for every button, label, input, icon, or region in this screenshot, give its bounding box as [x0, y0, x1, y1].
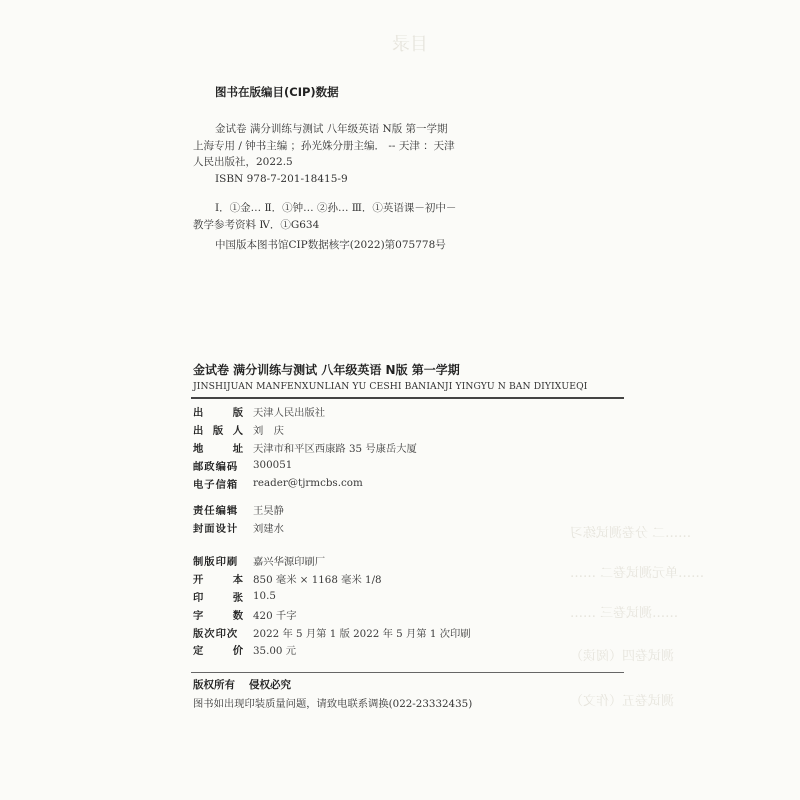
info-value: 850 毫米 × 1168 毫米 1/8	[253, 571, 382, 586]
copyright-page: 目录 ……二 分卷测试练习 ……单元测试卷二 …… ……测试卷三 …… 测试卷四…	[0, 0, 800, 800]
info-row: 定价35.00 元	[193, 641, 471, 659]
divider-rule	[191, 672, 624, 673]
info-label-part: 责任编辑	[193, 502, 238, 517]
cip-data-block: 金试卷 满分训练与测试 八年级英语 N版 第一学期 上海专用 / 钟书主编 ；孙…	[193, 121, 458, 233]
info-label: 电子信箱	[193, 476, 253, 491]
info-value: 10.5	[253, 590, 276, 602]
info-value: 刘 庆	[253, 422, 284, 437]
bleed-through-text: 测试卷五（作文）	[570, 690, 674, 709]
info-row: 版次印次2022 年 5 月第 1 版 2022 年 5 月第 1 次印刷	[193, 623, 471, 641]
cip-isbn: ISBN 978-7-201-18415-9	[193, 171, 458, 188]
cip-title-paragraph: 金试卷 满分训练与测试 八年级英语 N版 第一学期 上海专用 / 钟书主编 ；孙…	[193, 121, 458, 171]
info-label: 印张	[193, 589, 253, 604]
info-label-part: 开	[193, 571, 203, 586]
info-value: 王昊静	[253, 502, 284, 517]
bleed-through-text: ……单元测试卷二 ……	[570, 562, 704, 581]
quality-notice: 图书如出现印装质量问题，请致电联系调换(022-23332435)	[193, 695, 472, 710]
info-label: 制版印刷	[193, 553, 253, 568]
info-label-part: 版	[233, 404, 243, 419]
info-label-part: 本	[233, 571, 243, 586]
info-label-part: 出	[193, 422, 203, 437]
info-label-part: 电子信箱	[193, 476, 238, 491]
info-value: 嘉兴华源印刷厂	[253, 553, 325, 568]
rights-reserved-text: 版权所有	[193, 679, 235, 691]
info-label-part: 版次印次	[193, 625, 238, 640]
info-label-part: 址	[233, 440, 243, 455]
piracy-warning-text: 侵权必究	[249, 679, 291, 691]
info-label: 定价	[193, 642, 253, 657]
editor-info-list: 责任编辑王昊静封面设计刘建水	[193, 501, 284, 537]
info-label: 出版	[193, 404, 253, 419]
info-label: 字数	[193, 607, 253, 622]
book-title-chinese: 金试卷 满分训练与测试 八年级英语 N版 第一学期	[193, 361, 460, 378]
info-value: 天津市和平区西康路 35 号康岳大厦	[253, 440, 417, 455]
info-row: 邮政编码300051	[193, 456, 417, 474]
bleed-through-text: 测试卷四（阅读）	[570, 645, 674, 664]
rights-statement: 版权所有侵权必究	[193, 677, 291, 692]
publisher-info-list: 出版天津人民出版社出版人刘 庆地址天津市和平区西康路 35 号康岳大厦邮政编码3…	[193, 403, 417, 492]
info-label-part: 字	[193, 607, 203, 622]
info-label: 邮政编码	[193, 458, 253, 473]
info-value: 天津人民出版社	[253, 404, 325, 419]
info-row: 出版人刘 庆	[193, 421, 417, 439]
info-label-part: 人	[233, 422, 243, 437]
info-label-part: 印	[193, 589, 203, 604]
info-value: reader@tjrmcbs.com	[253, 477, 363, 489]
info-row: 制版印刷嘉兴华源印刷厂	[193, 552, 471, 570]
bleed-through-text: 目录	[392, 30, 428, 56]
cip-heading: 图书在版编目(CIP)数据	[215, 84, 339, 100]
info-row: 地址天津市和平区西康路 35 号康岳大厦	[193, 439, 417, 457]
info-row: 电子信箱reader@tjrmcbs.com	[193, 474, 417, 492]
info-row: 责任编辑王昊静	[193, 501, 284, 519]
cip-classification: Ⅰ．①金… Ⅱ．①钟… ②孙… Ⅲ．①英语课－初中－教学参考资料 Ⅳ．①G634	[193, 200, 458, 233]
info-value: 300051	[253, 459, 292, 471]
info-row: 开本850 毫米 × 1168 毫米 1/8	[193, 570, 471, 588]
info-label-part: 版	[213, 422, 223, 437]
info-label: 责任编辑	[193, 502, 253, 517]
info-label: 出版人	[193, 422, 253, 437]
info-label: 地址	[193, 440, 253, 455]
book-title-pinyin: JINSHIJUAN MANFENXUNLIAN YU CESHI BANIAN…	[193, 381, 587, 392]
info-label: 封面设计	[193, 520, 253, 535]
cip-number: 中国版本图书馆CIP数据核字(2022)第075778号	[215, 237, 446, 252]
info-value: 刘建水	[253, 520, 284, 535]
bleed-through-text: ……测试卷三 ……	[570, 602, 678, 621]
bleed-through-text: ……二 分卷测试练习	[570, 522, 691, 541]
info-value: 35.00 元	[253, 642, 296, 657]
info-label-part: 封面设计	[193, 520, 238, 535]
info-label-part: 价	[233, 642, 243, 657]
info-label-part: 制版印刷	[193, 553, 238, 568]
divider-rule	[191, 397, 624, 399]
info-label: 开本	[193, 571, 253, 586]
info-label: 版次印次	[193, 625, 253, 640]
info-label-part: 定	[193, 642, 203, 657]
info-label-part: 出	[193, 404, 203, 419]
info-row: 字数420 千字	[193, 605, 471, 623]
info-label-part: 邮政编码	[193, 458, 238, 473]
info-row: 封面设计刘建水	[193, 519, 284, 537]
info-label-part: 张	[233, 589, 243, 604]
info-label-part: 数	[233, 607, 243, 622]
info-row: 印张10.5	[193, 588, 471, 606]
print-info-list: 制版印刷嘉兴华源印刷厂开本850 毫米 × 1168 毫米 1/8印张10.5字…	[193, 552, 471, 659]
info-value: 2022 年 5 月第 1 版 2022 年 5 月第 1 次印刷	[253, 625, 471, 640]
info-label-part: 地	[193, 440, 203, 455]
info-row: 出版天津人民出版社	[193, 403, 417, 421]
info-value: 420 千字	[253, 607, 297, 622]
